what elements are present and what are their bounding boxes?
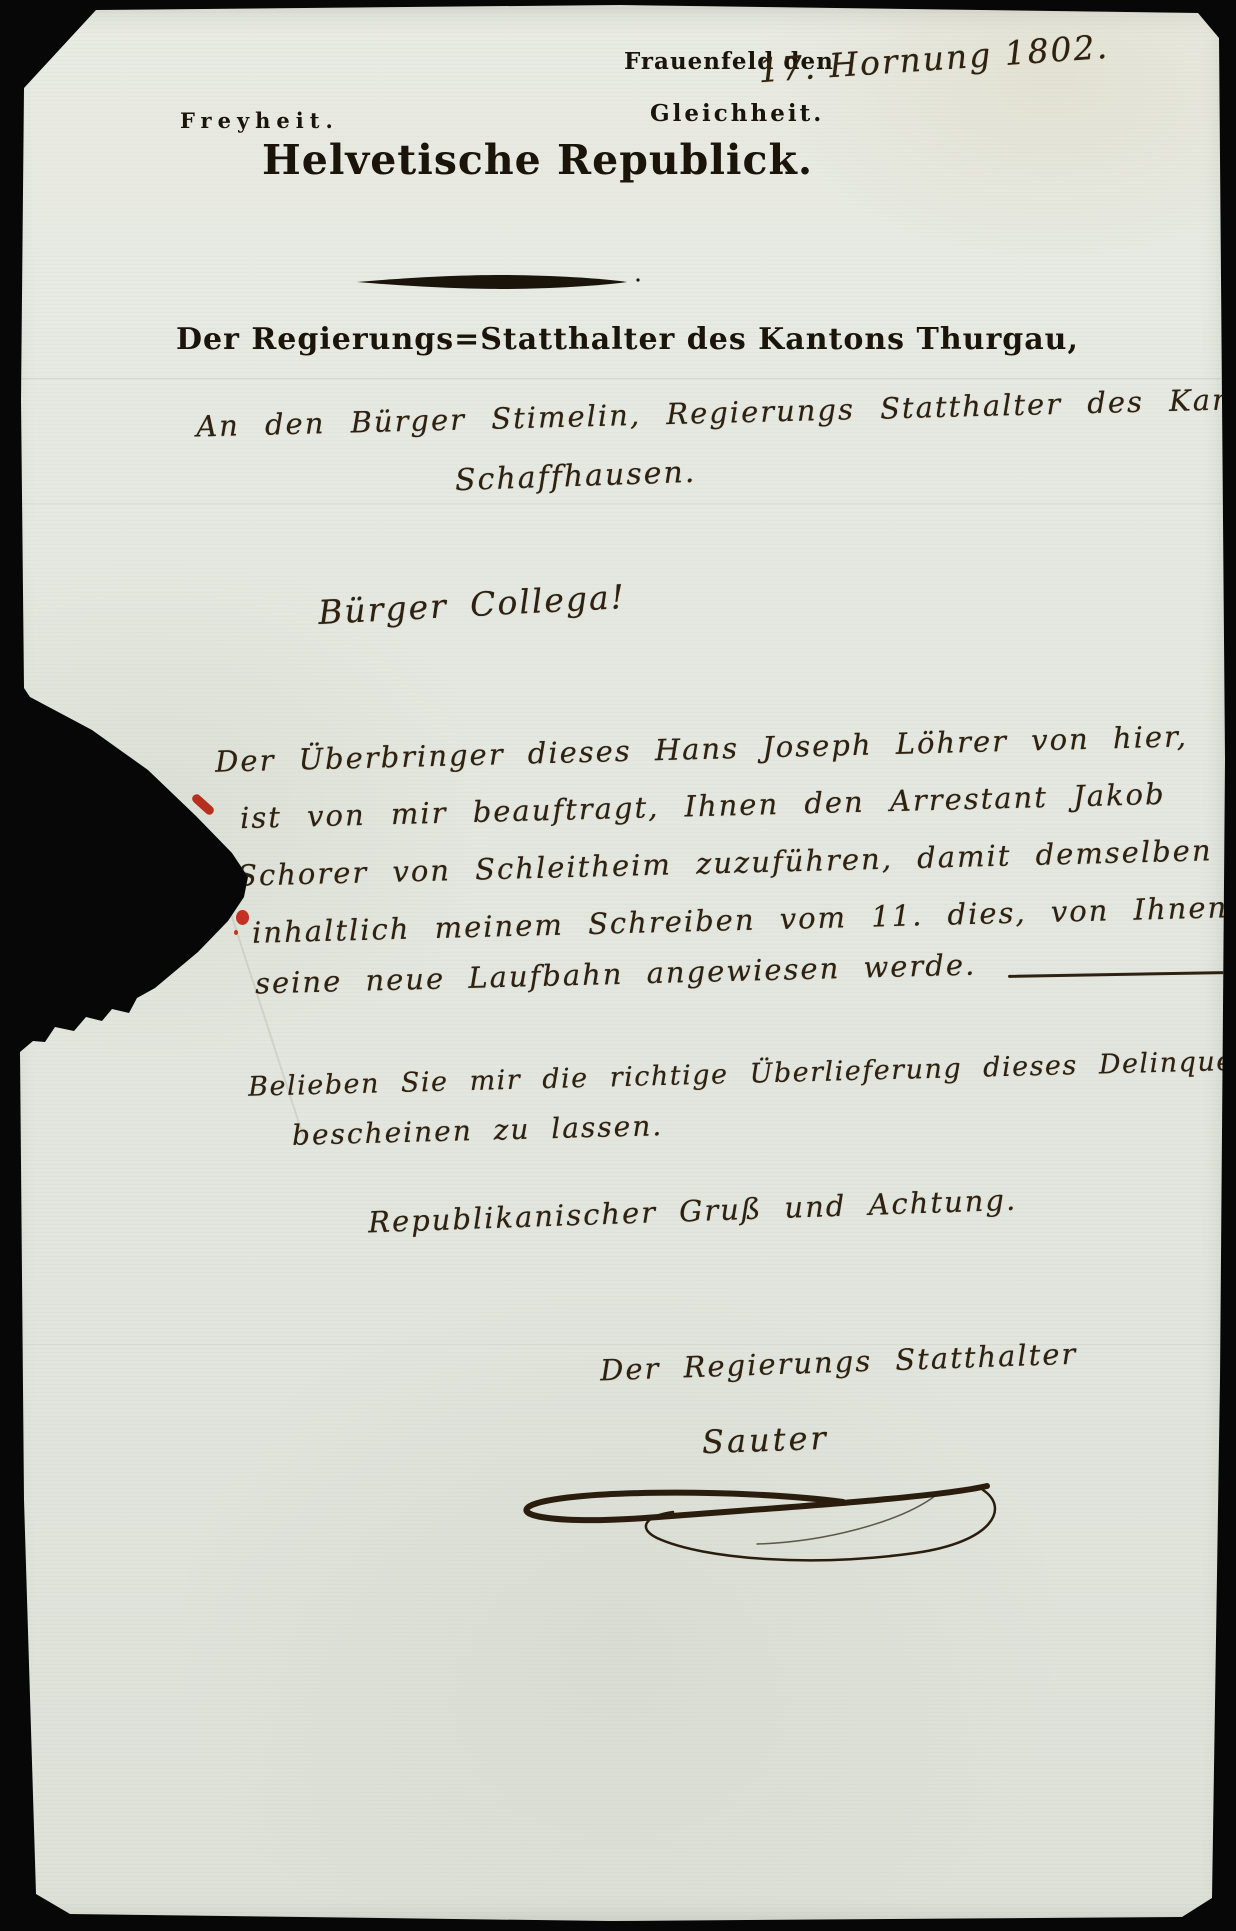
- dateline-handwritten: 17. Hornung 1802.: [757, 30, 1110, 87]
- body-line: Schorer von Schleitheim zuzuführen, dami…: [237, 836, 1213, 891]
- page-title: Helvetische Republick.: [262, 140, 813, 181]
- motto-freyheit: Freyheit.: [180, 110, 339, 131]
- scan-background: Frauenfeld den 17. Hornung 1802. Freyhei…: [0, 0, 1236, 1931]
- body-line: Belieben Sie mir die richtige Überliefer…: [248, 1046, 1236, 1101]
- end-dash-stroke: [1008, 971, 1226, 978]
- wax-streak: [190, 792, 215, 816]
- signature-name: Sauter: [701, 1422, 829, 1458]
- address-line-1: An den Bürger Stimelin, Regierungs Statt…: [196, 384, 1236, 442]
- motto-gleichheit: Gleichheit.: [650, 102, 824, 125]
- body-line: Der Überbringer dieses Hans Joseph Löhre…: [215, 722, 1188, 776]
- swelled-rule-divider: [355, 274, 645, 290]
- salutation: Bürger Collega!: [317, 580, 626, 629]
- address-line-2: Schaffhausen.: [455, 458, 697, 496]
- letter-sheet: Frauenfeld den 17. Hornung 1802. Freyhei…: [0, 0, 1236, 1931]
- wax-dot: [236, 910, 249, 925]
- signature-flourish: [505, 1450, 1005, 1580]
- body-line: seine neue Laufbahn angewiesen werde.: [255, 951, 977, 999]
- wax-speck: [234, 930, 238, 935]
- body-line: ist von mir beauftragt, Ihnen den Arrest…: [240, 780, 1166, 833]
- body-line: inhaltlich meinem Schreiben vom 11. dies…: [252, 893, 1229, 948]
- fold-crease: [0, 378, 1236, 381]
- fold-crease: [0, 503, 1236, 506]
- body-line: bescheinen zu lassen.: [292, 1112, 664, 1150]
- sender-line: Der Regierungs=Statthalter des Kantons T…: [176, 325, 1079, 355]
- closing-formula: Republikanischer Gruß und Achtung.: [368, 1186, 1018, 1238]
- signature-title: Der Regierungs Statthalter: [600, 1340, 1078, 1386]
